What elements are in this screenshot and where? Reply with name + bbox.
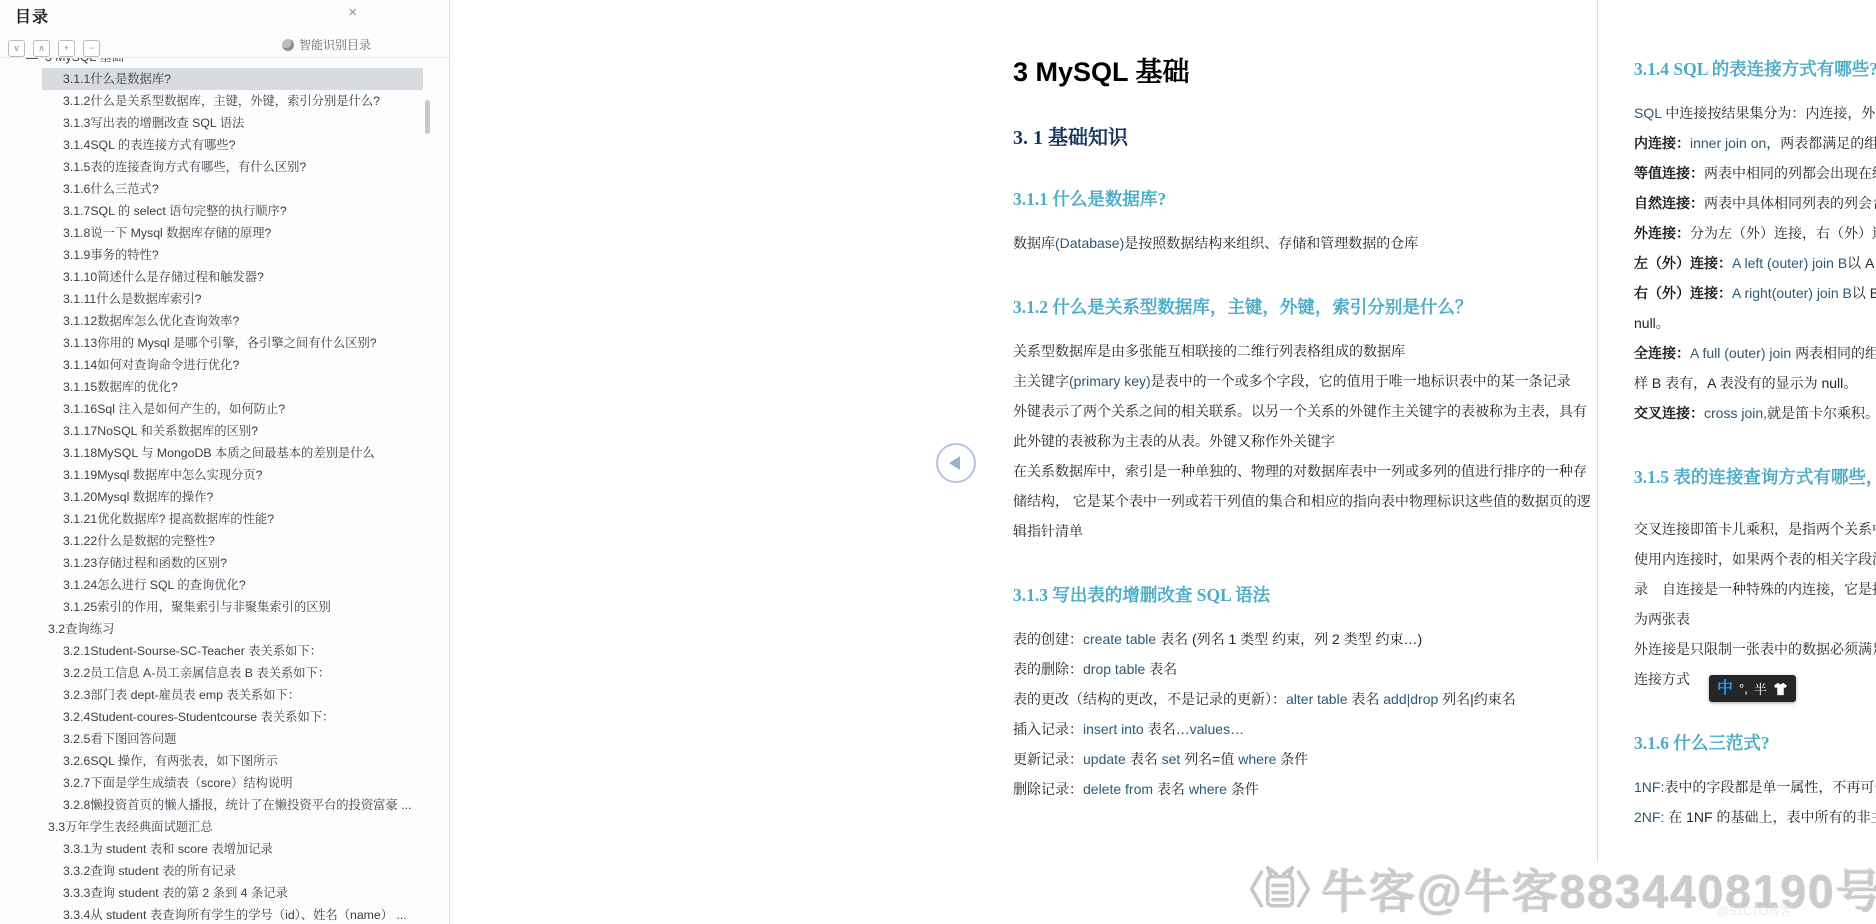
doc-heading: 3.1.3 写出表的增删改查 SQL 语法 — [1013, 582, 1595, 608]
toc-item[interactable]: 3.1.2什么是关系型数据库，主键，外键，索引分别是什么? — [42, 90, 423, 112]
smart-toc-icon — [282, 39, 294, 51]
doc-paragraph: 交叉连接即笛卡儿乘积，是指两个关系中所有元组的任意组合 — [1634, 514, 1876, 544]
toc-item-label: 3.1.8说一下 Mysql 数据库存储的原理? — [63, 226, 271, 240]
toc-item-label: 3.1.14如何对查询命令进行优化? — [63, 358, 239, 372]
doc-paragraph: 内连接：inner join on，两表都满足的组合。内连接分为等值连接，不等连… — [1634, 128, 1876, 158]
toc-item[interactable]: 3.1.10简述什么是存储过程和触发器? — [42, 266, 423, 288]
toc-item-label: 3.2.8懒投资首页的懒人播报，统计了在懒投资平台的投资富豪 ... — [63, 798, 411, 812]
doc-paragraph: 关系型数据库是由多张能互相联接的二维行列表格组成的数据库 — [1013, 336, 1595, 366]
doc-heading: 3. 1 基础知识 — [1013, 126, 1595, 150]
toc-item[interactable]: 3.1.19Mysql 数据库中怎么实现分页? — [42, 464, 423, 486]
toc-item[interactable]: 3.1.5表的连接查询方式有哪些，有什么区别? — [42, 156, 423, 178]
toc-item[interactable]: 3.2.8懒投资首页的懒人播报，统计了在懒投资平台的投资富豪 ... — [42, 794, 423, 816]
toc-item-label: 3.1.12数据库怎么优化查询效率? — [63, 314, 239, 328]
toc-item[interactable]: 3.1.24怎么进行 SQL 的查询优化? — [42, 574, 423, 596]
toc-item-label: 3.1.2什么是关系型数据库，主键，外键，索引分别是什么? — [63, 94, 380, 108]
toc-item-label: 3.1.5表的连接查询方式有哪些，有什么区别? — [63, 160, 306, 174]
toc-item-label: 3.3.4从 student 表查询所有学生的学号（id）、姓名（name） .… — [63, 908, 407, 922]
toc-item[interactable]: 3.1.23存储过程和函数的区别? — [42, 552, 423, 574]
doc-heading: 3.1.6 什么三范式? — [1634, 730, 1876, 756]
toc-item[interactable]: 3.3.2查询 student 表的所有记录 — [42, 860, 423, 882]
toc-item[interactable]: 3.1.7SQL 的 select 语句完整的执行顺序? — [42, 200, 423, 222]
collapse-all-button[interactable]: ∧ — [33, 40, 50, 57]
chevron-down-icon: ∨ — [13, 43, 20, 54]
doc-paragraph: 左（外）连接：A left (outer) join B以 A 表为基础，A 表… — [1634, 248, 1876, 278]
prev-page-button[interactable] — [936, 443, 976, 483]
toc-item-label: 3.3.3查询 student 表的第 2 条到 4 条记录 — [63, 886, 288, 900]
doc-paragraph: 等值连接：两表中相同的列都会出现在结果集中。 — [1634, 158, 1876, 188]
page-divider — [1597, 0, 1598, 862]
toc-item-label: 3.1.1什么是数据库? — [63, 72, 171, 86]
shirt-icon — [1773, 682, 1788, 696]
toc-item-label: 3.1.18MySQL 与 MongoDB 本质之间最基本的差别是什么 — [63, 446, 375, 460]
toc-item[interactable]: 3.3.4从 student 表查询所有学生的学号（id）、姓名（name） .… — [42, 904, 423, 924]
doc-paragraph: 表的更改（结构的更改，不是记录的更新）：alter table 表名 add|d… — [1013, 684, 1595, 714]
smart-toc-toggle[interactable]: 智能识别目录 — [282, 36, 371, 53]
toc-item[interactable]: 3.1.21优化数据库? 提高数据库的性能? — [42, 508, 423, 530]
toc-item-label: 3 MySQL 基础 — [45, 58, 124, 68]
doc-heading: 3.1.1 什么是数据库? — [1013, 186, 1595, 212]
toc-title: 目录 — [15, 9, 49, 26]
toc-item-label: 3.3.1为 student 表和 score 表增加记录 — [63, 842, 273, 856]
plus-icon: + — [64, 43, 69, 53]
ime-punctuation-indicator: °, — [1739, 681, 1748, 696]
toc-item[interactable]: 3.1.17NoSQL 和关系数据库的区别? — [42, 420, 423, 442]
doc-paragraph: 右（外）连接：A right(outer) join B以 B 表为基础，B 表… — [1634, 278, 1876, 338]
document-area: 3 MySQL 基础3. 1 基础知识3.1.1 什么是数据库?数据库(Data… — [451, 0, 1876, 924]
toc-item-label: 3.1.13你用的 Mysql 是哪个引擎，各引擎之间有什么区别? — [63, 336, 377, 350]
toc-item-partial: 3 MySQL 基础 — [0, 58, 423, 68]
toc-item-label: 3.1.15数据库的优化? — [63, 380, 178, 394]
collapse-box-icon — [26, 58, 38, 59]
toc-item-label: 3.2.3部门表 dept-雇员表 emp 表关系如下： — [63, 688, 300, 702]
doc-paragraph: 数据库(Database)是按照数据结构来组织、存储和管理数据的仓库 — [1013, 228, 1595, 258]
doc-paragraph: SQL 中连接按结果集分为：内连接，外连接，交叉连接 — [1634, 98, 1876, 128]
doc-paragraph: 表的删除：drop table 表名 — [1013, 654, 1595, 684]
ime-status-bar[interactable]: 中 °, 半 — [1709, 675, 1796, 702]
toc-item[interactable]: 3.1.11什么是数据库索引? — [42, 288, 423, 310]
toc-scrollbar[interactable] — [425, 100, 430, 134]
toc-item[interactable]: 3.1.25索引的作用，聚集索引与非聚集索引的区别 — [42, 596, 423, 618]
toc-item[interactable]: 3.1.22什么是数据的完整性? — [42, 530, 423, 552]
toc-item-label: 3.1.19Mysql 数据库中怎么实现分页? — [63, 468, 263, 482]
toc-item[interactable]: 3.2.2员工信息 A-员工亲属信息表 B 表关系如下： — [42, 662, 423, 684]
doc-heading: 3.1.2 什么是关系型数据库，主键，外键，索引分别是什么？ — [1013, 294, 1595, 320]
left-arrow-icon — [949, 456, 960, 470]
toc-item[interactable]: 3.2.4Student-coures-Studentcourse 表关系如下： — [42, 706, 423, 728]
toc-item-label: 3.1.4SQL 的表连接方式有哪些? — [63, 138, 235, 152]
toc-item[interactable]: 3.1.16Sql 注入是如何产生的，如何防止? — [42, 398, 423, 420]
doc-paragraph: 自然连接：两表中具体相同列表的列会合并为同一列出现在结果集中。 — [1634, 188, 1876, 218]
toc-item[interactable]: 3.1.12数据库怎么优化查询效率? — [42, 310, 423, 332]
toc-item[interactable]: 3 MySQL 基础 — [0, 58, 423, 68]
toc-item[interactable]: 3.3.3查询 student 表的第 2 条到 4 条记录 — [42, 882, 423, 904]
toc-item-label: 3.1.22什么是数据的完整性? — [63, 534, 215, 548]
doc-paragraph: 外键表示了两个关系之间的相关联系。以另一个关系的外键作主关键字的表被称为主表，具… — [1013, 396, 1595, 456]
toc-item-label: 3.2.7下面是学生成绩表（score）结构说明 — [63, 776, 293, 790]
toc-panel: 目录 × ∨ ∧ + − 智能识别目录 3 MySQL 基础3.1.1什么是数据… — [0, 0, 450, 924]
toc-item-label: 3.1.21优化数据库? 提高数据库的性能? — [63, 512, 274, 526]
zoom-in-button[interactable]: + — [58, 40, 75, 57]
toc-item-label: 3.1.3写出表的增删改查 SQL 语法 — [63, 116, 244, 130]
toc-item[interactable]: 3.1.14如何对查询命令进行优化? — [42, 354, 423, 376]
toc-item[interactable]: 3.1.20Mysql 数据库的操作? — [42, 486, 423, 508]
ime-halfwidth-indicator: 半 — [1754, 679, 1767, 698]
toc-item-label: 3.1.6什么三范式? — [63, 182, 159, 196]
doc-heading: 3.1.4 SQL 的表连接方式有哪些? — [1634, 56, 1876, 82]
toc-item-label: 3.2.6SQL 操作，有两张表，如下图所示 — [63, 754, 278, 768]
toc-item-label: 3.2.5看下图回答问题 — [63, 732, 176, 746]
toc-item-label: 3.1.24怎么进行 SQL 的查询优化? — [63, 578, 246, 592]
toc-item[interactable]: 3.1.13你用的 Mysql 是哪个引擎，各引擎之间有什么区别? — [42, 332, 423, 354]
doc-paragraph: 在关系数据库中，索引是一种单独的、物理的对数据库表中一列或多列的值进行排序的一种… — [1013, 456, 1595, 546]
toc-item-label: 3.2.2员工信息 A-员工亲属信息表 B 表关系如下： — [63, 666, 330, 680]
toc-item[interactable]: ∨3.3万年学生表经典面试题汇总 — [42, 816, 423, 838]
toc-item-label: 3.1.9事务的特性? — [63, 248, 159, 262]
toc-item[interactable]: 3.2.5看下图回答问题 — [42, 728, 423, 750]
toc-item[interactable]: 3.2.3部门表 dept-雇员表 emp 表关系如下： — [42, 684, 423, 706]
toc-item-label: 3.2查询练习 — [48, 622, 114, 636]
toc-item-label: 3.2.1Student-Sourse-SC-Teacher 表关系如下： — [63, 644, 322, 658]
toc-item[interactable]: 3.1.6什么三范式? — [42, 178, 423, 200]
toc-item-label: 3.1.16Sql 注入是如何产生的，如何防止? — [63, 402, 285, 416]
toc-item[interactable]: 3.2.6SQL 操作，有两张表，如下图所示 — [42, 750, 423, 772]
ime-language-indicator: 中 — [1717, 675, 1733, 702]
page-left: 3 MySQL 基础3. 1 基础知识3.1.1 什么是数据库?数据库(Data… — [1013, 0, 1595, 804]
toc-item[interactable]: 3.1.9事务的特性? — [42, 244, 423, 266]
zoom-out-button[interactable]: − — [83, 40, 100, 57]
page-right: 3.1.4 SQL 的表连接方式有哪些?SQL 中连接按结果集分为：内连接，外连… — [1634, 0, 1876, 832]
toc-item[interactable]: 3.1.18MySQL 与 MongoDB 本质之间最基本的差别是什么 — [42, 442, 423, 464]
toc-item-label: 3.1.23存储过程和函数的区别? — [63, 556, 227, 570]
smart-toc-label: 智能识别目录 — [299, 36, 371, 53]
doc-heading: 3.1.5 表的连接查询方式有哪些，有什么区别? — [1634, 464, 1876, 490]
toc-item-label: 3.1.7SQL 的 select 语句完整的执行顺序? — [63, 204, 287, 218]
toc-item[interactable]: ∨3.2查询练习 — [42, 618, 423, 640]
doc-paragraph: 全连接：A full (outer) join 两表相同的组合在一起，A 表有，… — [1634, 338, 1876, 398]
doc-paragraph: 交叉连接：cross join,就是笛卡尔乘积。 — [1634, 398, 1876, 428]
expand-all-button[interactable]: ∨ — [8, 40, 25, 57]
chevron-up-icon: ∧ — [38, 43, 45, 54]
toc-item-label: 3.1.20Mysql 数据库的操作? — [63, 490, 213, 504]
toc-item-label: 3.1.17NoSQL 和关系数据库的区别? — [63, 424, 258, 438]
toc-item[interactable]: 3.1.4SQL 的表连接方式有哪些? — [42, 134, 423, 156]
toc-item[interactable]: 3.1.1什么是数据库? — [42, 68, 423, 90]
toc-item-label: 3.1.25索引的作用，聚集索引与非聚集索引的区别 — [63, 600, 331, 614]
toc-item-label: 3.1.11什么是数据库索引? — [63, 292, 202, 306]
minus-icon: − — [89, 43, 94, 53]
toc-item-label: 3.3万年学生表经典面试题汇总 — [48, 820, 213, 834]
doc-paragraph: 2NF: 在 1NF 的基础上，表中所有的非主属性都必须完全依赖于任意一组候选键… — [1634, 802, 1876, 832]
close-icon[interactable]: × — [348, 5, 357, 20]
toc-item[interactable]: 3.1.15数据库的优化? — [42, 376, 423, 398]
doc-paragraph: 表的创建：create table 表名 (列名 1 类型 约束，列 2 类型 … — [1013, 624, 1595, 654]
toc-item[interactable]: 3.1.8说一下 Mysql 数据库存储的原理? — [42, 222, 423, 244]
doc-paragraph: 删除记录：delete from 表名 where 条件 — [1013, 774, 1595, 804]
doc-paragraph: 1NF:表中的字段都是单一属性，不再可分。 — [1634, 772, 1876, 802]
doc-paragraph: 更新记录：update 表名 set 列名=值 where 条件 — [1013, 744, 1595, 774]
toc-header: 目录 × — [0, 0, 449, 32]
doc-heading: 3 MySQL 基础 — [1013, 56, 1595, 88]
doc-paragraph: 主关键字(primary key)是表中的一个或多个字段，它的值用于唯一地标识表… — [1013, 366, 1595, 396]
doc-paragraph: 外连接：分为左（外）连接，右（外）连接，全连接 — [1634, 218, 1876, 248]
doc-paragraph: 使用内连接时，如果两个表的相关字段满足连接条件，就从这两个表中提取数据并组合成新… — [1634, 544, 1876, 634]
toc-item-label: 3.2.4Student-coures-Studentcourse 表关系如下： — [63, 710, 334, 724]
toc-list: 3 MySQL 基础3.1.1什么是数据库?3.1.2什么是关系型数据库，主键，… — [0, 58, 449, 924]
doc-paragraph: 插入记录：insert into 表名…values… — [1013, 714, 1595, 744]
toc-item[interactable]: 3.2.1Student-Sourse-SC-Teacher 表关系如下： — [42, 640, 423, 662]
toc-item[interactable]: 3.2.7下面是学生成绩表（score）结构说明 — [42, 772, 423, 794]
toc-item[interactable]: 3.1.3写出表的增删改查 SQL 语法 — [42, 112, 423, 134]
toc-item[interactable]: 3.3.1为 student 表和 score 表增加记录 — [42, 838, 423, 860]
toc-item-label: 3.3.2查询 student 表的所有记录 — [63, 864, 236, 878]
toc-item-label: 3.1.10简述什么是存储过程和触发器? — [63, 270, 264, 284]
